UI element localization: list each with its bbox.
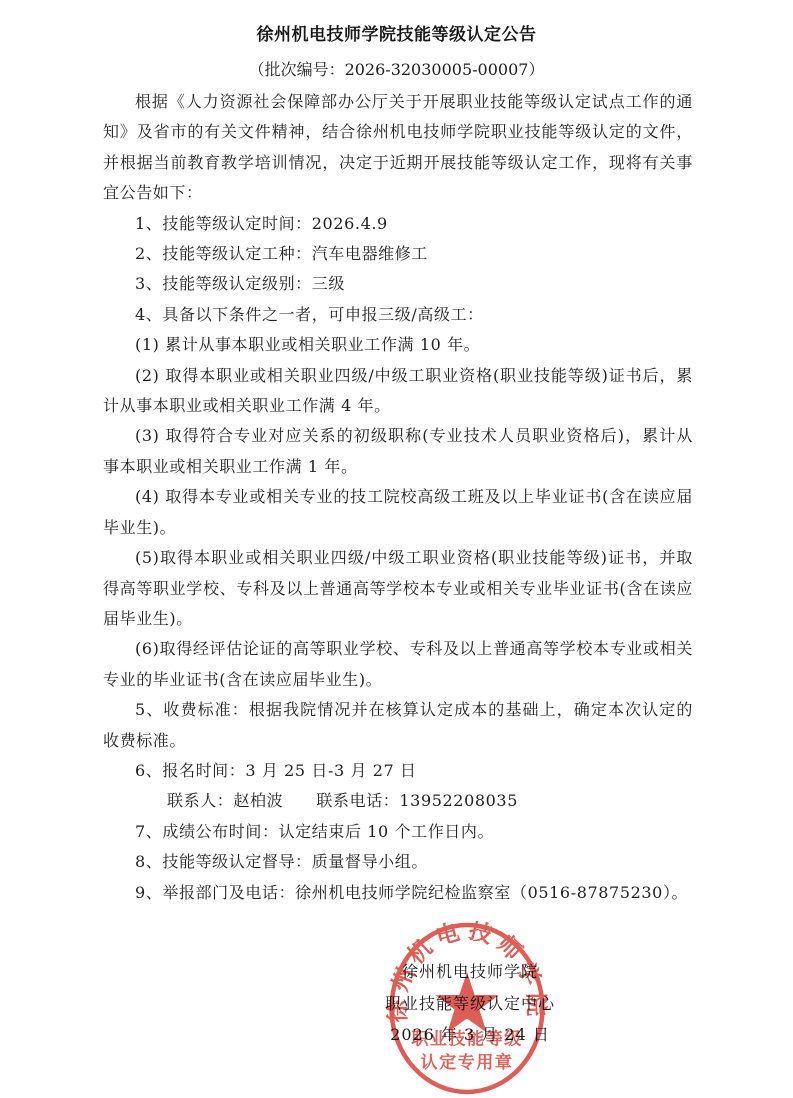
list-item-4: 4、具备以下条件之一者，可申报三级/高级工： xyxy=(103,300,693,330)
seal-text-line1: 职业技能等级 xyxy=(411,1029,523,1050)
document-body: 根据《人力资源社会保障部办公厅关于开展职业技能等级认定试点工作的通知》及省市的有… xyxy=(103,87,693,908)
contact-line: 联系人：赵柏波 联系电话：13952208035 xyxy=(103,786,693,816)
condition-2: (2) 取得本职业或相关职业四级/中级工职业资格(职业技能等级)证书后，累计从事… xyxy=(103,361,693,422)
condition-3: (3) 取得符合专业对应关系的初级职称(专业技术人员职业资格后)，累计从事本职业… xyxy=(103,421,693,482)
list-item-8: 8、技能等级认定督导：质量督导小组。 xyxy=(103,847,693,877)
list-item-3: 3、技能等级认定级别：三级 xyxy=(103,269,693,299)
page-title: 徐州机电技师学院技能等级认定公告 xyxy=(0,0,793,49)
condition-1: (1) 累计从事本职业或相关职业工作满 10 年。 xyxy=(103,330,693,360)
star-icon xyxy=(435,972,498,1032)
list-item-5: 5、收费标准：根据我院情况并在核算认定成本的基础上，确定本次认定的收费标准。 xyxy=(103,695,693,756)
condition-6: (6)取得经评估论证的高等职业学校、专科及以上普通高等学校本专业或相关专业的毕业… xyxy=(103,634,693,695)
list-item-1: 1、技能等级认定时间：2026.4.9 xyxy=(103,209,693,239)
list-item-9: 9、举报部门及电话：徐州机电技师学院纪检监察室（0516-87875230）。 xyxy=(103,878,693,908)
batch-number: （批次编号：2026-32030005-00007） xyxy=(0,55,793,85)
document-page: 徐州机电技师学院技能等级认定公告 （批次编号：2026-32030005-000… xyxy=(0,0,793,1098)
list-item-2: 2、技能等级认定工种：汽车电器维修工 xyxy=(103,239,693,269)
condition-4: (4) 取得本专业或相关专业的技工院校高级工班及以上毕业证书(含在读应届毕业生)… xyxy=(103,482,693,543)
official-seal: 徐州机电技师学院 职业技能等级 认定专用章 xyxy=(386,921,548,1098)
list-item-7: 7、成绩公布时间：认定结束后 10 个工作日内。 xyxy=(103,817,693,847)
condition-5: (5)取得本职业或相关职业四级/中级工职业资格(职业技能等级)证书，并取得高等职… xyxy=(103,543,693,634)
seal-text-line2: 认定专用章 xyxy=(421,1052,514,1073)
intro-paragraph: 根据《人力资源社会保障部办公厅关于开展职业技能等级认定试点工作的通知》及省市的有… xyxy=(103,87,693,209)
list-item-6: 6、报名时间：3 月 25 日-3 月 27 日 xyxy=(103,756,693,786)
